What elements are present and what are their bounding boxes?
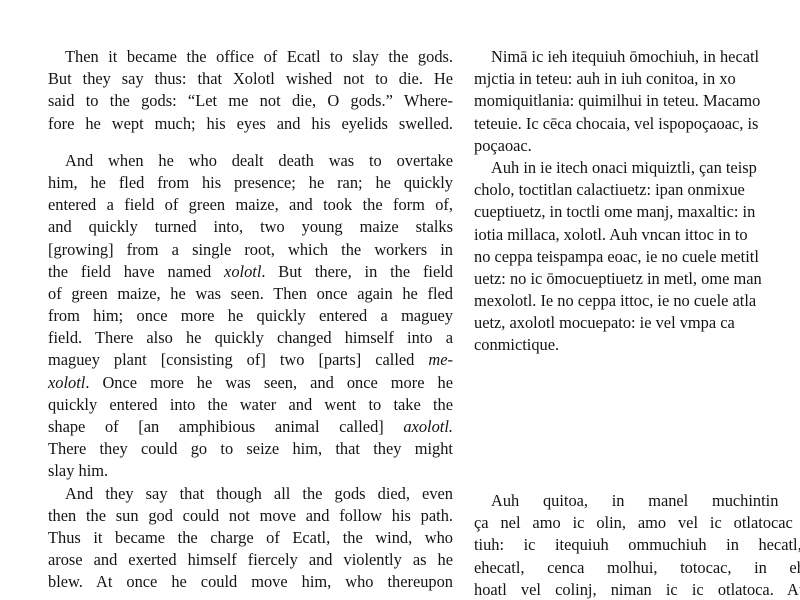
text-line: the field have named xolotl. But there, … [48,261,453,283]
nahuatl-paragraph-3: Auh quitoa, in manel muchintin teteu ça … [474,490,800,600]
text-fragment: shape of [an amphibious animal called] [48,417,384,436]
text-line: then the sun god could not move and foll… [48,505,453,527]
text-line: ça nel amo ic olin, amo vel ic otlatocac… [474,512,800,534]
text-fragment: . Once more he was seen, and once more h… [85,373,453,392]
text-line: shape of [an amphibious animal called] a… [48,416,453,438]
text-line: ehecatl, cenca molhui, totocac, in eheca… [474,557,800,579]
text-line: maguey plant [consisting of] two [parts]… [48,349,453,371]
text-line: hoatl vel colinj, niman ic ic otlatoca. … [474,579,800,600]
text-fragment: the field have named [48,262,211,281]
text-line: arose and exerted himself fiercely and v… [48,549,453,571]
text-line: cueptiuetz, in toctli ome manj, maxaltic… [474,201,800,223]
text-line: xolotl. Once more he was seen, and once … [48,372,453,394]
text-line: mexolotl. Ie no ceppa ittoc, ie no cuele… [474,290,800,312]
book-page: Then it became the office of Ecatl to sl… [0,0,800,600]
text-line: him, he fled from his presence; he ran; … [48,172,453,194]
text-line: quickly entered into the water and went … [48,394,453,416]
nahuatl-column: Nimā ic ieh itequiuh ōmochiuh, in hecatl… [474,46,800,357]
text-line: of green maize, he was seen. Then once a… [48,283,453,305]
text-line: Then it became the office of Ecatl to sl… [48,46,453,68]
text-line: iotia millaca, xolotl. Auh vncan ittoc i… [474,224,800,246]
text-line: Thus it became the charge of Ecatl, the … [48,527,453,549]
italic-term: xolotl [48,373,85,392]
english-paragraph-2: And when he who dealt death was to overt… [48,150,453,483]
english-paragraph-1: Then it became the office of Ecatl to sl… [48,46,453,135]
text-line: tiuh: ic itequiuh ommuchiuh in hecatl, m [474,534,800,556]
text-line: And they say that though all the gods di… [48,483,453,505]
english-paragraph-3: And they say that though all the gods di… [48,483,453,594]
text-line: uetz: no ic ōmocueptiuetz in metl, ome m… [474,268,800,290]
text-line: blew. At once he could move him, who the… [48,571,453,593]
text-line: But they say thus: that Xolotl wished no… [48,68,453,90]
nahuatl-paragraph-1: Nimā ic ieh itequiuh ōmochiuh, in hecatl… [474,46,800,157]
text-line: [growing] from a single root, which the … [48,239,453,261]
nahuatl-paragraph-2: Auh in ie itech onaci miquiztli, çan tei… [474,157,800,357]
text-line: Nimā ic ieh itequiuh ōmochiuh, in hecatl [474,46,800,68]
text-line: fore he wept much; his eyes and his eyel… [48,113,453,135]
text-line: conmictique. [474,334,800,356]
text-line: entered a field of green maize, and took… [48,194,453,216]
italic-term: axolotl. [403,417,453,436]
text-line: Auh quitoa, in manel muchintin teteu [474,490,800,512]
text-fragment: maguey plant [consisting of] two [parts]… [48,350,414,369]
text-line: no ceppa teispampa eoac, ie no cuele met… [474,246,800,268]
text-line: said to the gods: “Let me not die, O god… [48,90,453,112]
text-line: slay him. [48,460,453,482]
text-line: There they could go to seize him, that t… [48,438,453,460]
text-line: field. There also he quickly changed him… [48,327,453,349]
text-line: poçaoac. [474,135,800,157]
text-line: momiquitlania: quimilhui in teteu. Macam… [474,90,800,112]
text-line: teteuie. Ic cēca chocaia, vel ispopoçaoa… [474,113,800,135]
text-line: and quickly turned into, two young maize… [48,216,453,238]
italic-term: me- [428,350,453,369]
italic-term: xolotl [224,262,261,281]
text-line: Auh in ie itech onaci miquiztli, çan tei… [474,157,800,179]
paragraph-spacer [48,135,453,150]
text-line: cholo, toctitlan calactiuetz: ipan onmix… [474,179,800,201]
text-line: uetz, axolotl mocuepato: ie vel vmpa ca [474,312,800,334]
text-fragment: . But there, in the field [261,262,453,281]
text-line: And when he who dealt death was to overt… [48,150,453,172]
text-line: mjctia in teteu: auh in iuh conitoa, in … [474,68,800,90]
english-column: Then it became the office of Ecatl to sl… [48,46,453,594]
text-line: from him; once more he quickly entered a… [48,305,453,327]
